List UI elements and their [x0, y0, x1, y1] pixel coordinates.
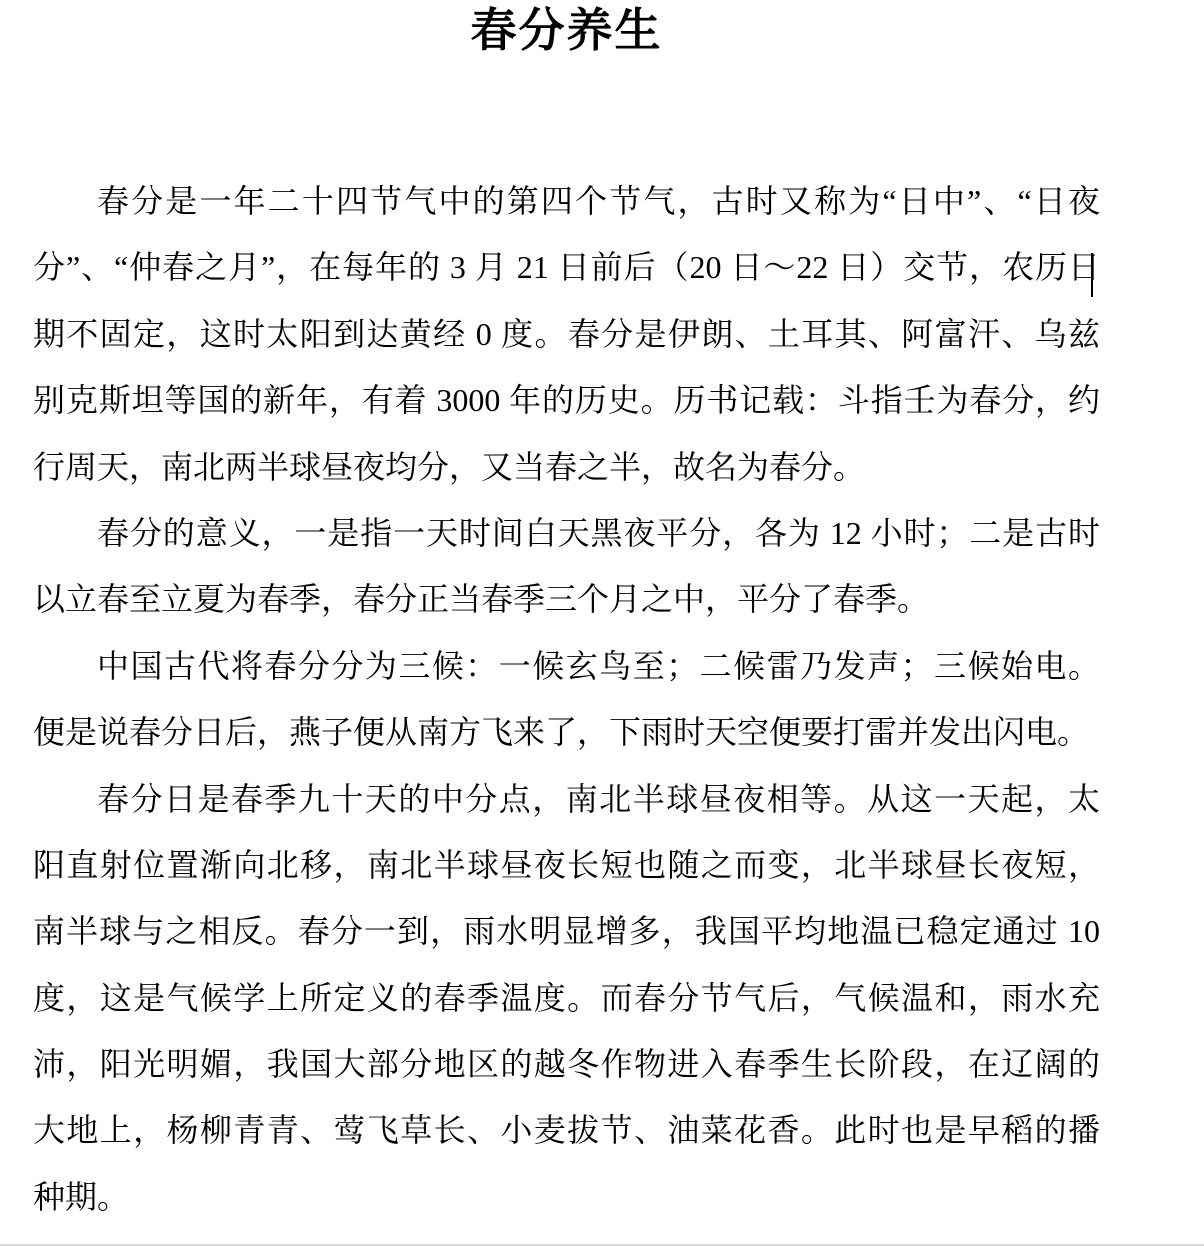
text-line[interactable]: 期不固定，这时太阳到达黄经 0 度。春分是伊朗、土耳其、阿富汗、乌兹 [33, 301, 1100, 367]
text-line[interactable]: 以立春至立夏为春季，春分正当春季三个月之中，平分了春季。 [33, 566, 1100, 632]
text-line[interactable]: 春分日是春季九十天的中分点，南北半球昼夜相等。从这一天起，太 [33, 766, 1100, 832]
text-line[interactable]: 别克斯坦等国的新年，有着 3000 年的历史。历书记载：斗指壬为春分，约 [33, 367, 1100, 433]
text-line[interactable]: 春分的意义，一是指一天时间白天黑夜平分，各为 12 小时；二是古时 [33, 500, 1100, 566]
text-line[interactable]: 南半球与之相反。春分一到，雨水明显增多，我国平均地温已稳定通过 10 [33, 898, 1100, 964]
document-body[interactable]: 春分是一年二十四节气中的第四个节气，古时又称为“日中”、“日夜分”、“仲春之月”… [33, 168, 1100, 1230]
text-line[interactable]: 便是说春分日后，燕子便从南方飞来了，下雨时天空便要打雷并发出闪电。 [33, 699, 1100, 765]
document-title[interactable]: 春分养生 [33, 0, 1100, 62]
text-line[interactable]: 度，这是气候学上所定义的春季温度。而春分节气后，气候温和，雨水充 [33, 965, 1100, 1031]
text-line[interactable]: 中国古代将春分分为三候：一候玄鸟至；二候雷乃发声；三候始电。 [33, 633, 1100, 699]
text-line[interactable]: 大地上，杨柳青青、莺飞草长、小麦拔节、油菜花香。此时也是早稻的播 [33, 1097, 1100, 1163]
text-line[interactable]: 分”、“仲春之月”，在每年的 3 月 21 日前后（20 日～22 日）交节，农… [33, 234, 1100, 300]
text-caret [1091, 253, 1093, 297]
text-line[interactable]: 沛，阳光明媚，我国大部分地区的越冬作物进入春季生长阶段，在辽阔的 [33, 1031, 1100, 1097]
text-line[interactable]: 行周天，南北两半球昼夜均分，又当春之半，故名为春分。 [33, 434, 1100, 500]
text-line[interactable]: 春分是一年二十四节气中的第四个节气，古时又称为“日中”、“日夜 [33, 168, 1100, 234]
text-line[interactable]: 种期。 [33, 1164, 1100, 1230]
text-line[interactable]: 阳直射位置渐向北移，南北半球昼夜长短也随之而变，北半球昼长夜短， [33, 832, 1100, 898]
document-page[interactable]: 春分养生 春分是一年二十四节气中的第四个节气，古时又称为“日中”、“日夜分”、“… [0, 0, 1204, 1246]
